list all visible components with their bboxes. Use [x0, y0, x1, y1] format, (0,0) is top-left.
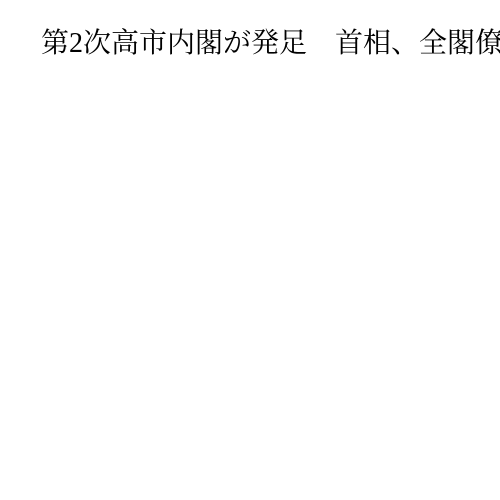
page-background: 第2次高市内閣が発足 首相、全閣僚を再任: [0, 0, 500, 500]
news-headline-text: 第2次高市内閣が発足 首相、全閣僚を再任: [41, 28, 500, 59]
news-headline: 第2次高市内閣が発足 首相、全閣僚を再任: [41, 27, 500, 61]
